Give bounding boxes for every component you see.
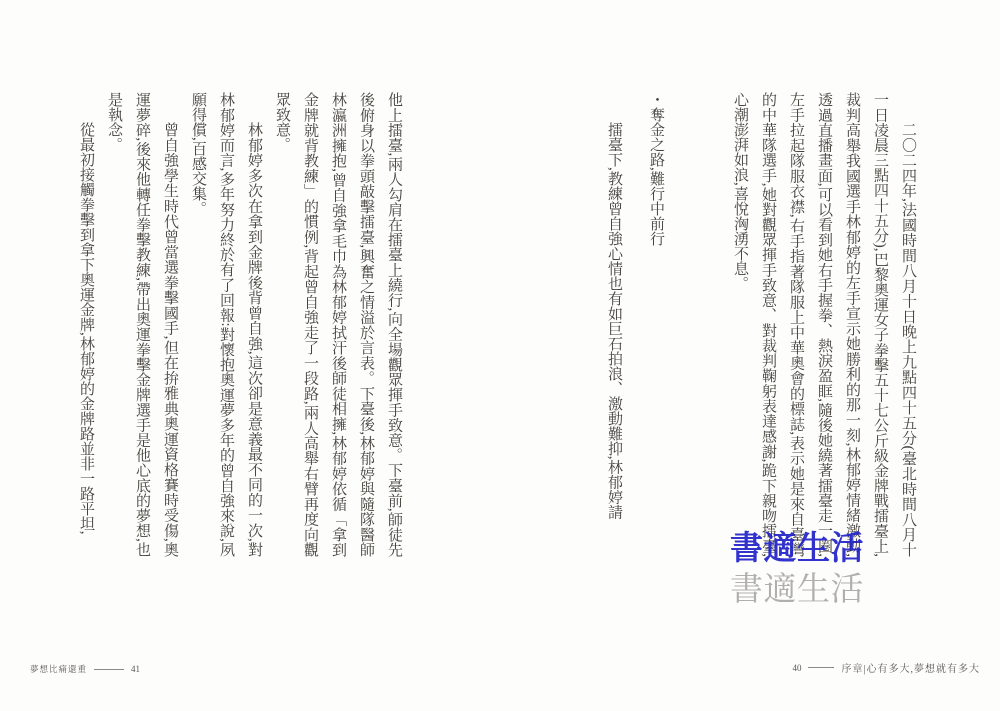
- watermark-gray: 書適生活: [730, 574, 864, 607]
- paragraph: 曾自強學生時代曾當選拳擊國手,但在拚雅典奧運資格賽時受傷,奧運夢碎,後來他轉任拳…: [100, 92, 184, 557]
- right-page: 二〇二四年,法國時間八月十日晚上九點四十五分(臺北時間八月十一日凌晨三點四十五分…: [500, 0, 1000, 711]
- page-number: 41: [131, 664, 140, 674]
- paragraph: 從最初接觸拳擊到拿下奧運金牌,林郁婷的金牌路並非一路平坦,: [72, 92, 100, 557]
- right-page-footer: 40 序章|心有多大,夢想就有多大: [792, 660, 980, 675]
- footer-rule: [808, 667, 834, 668]
- paragraph: 二〇二四年,法國時間八月十日晚上九點四十五分(臺北時間八月十一日凌晨三點四十五分…: [726, 92, 922, 557]
- paragraph: 林郁婷多次在拿到金牌後背曾自強,這次卻是意義最不同的一次,對林郁婷而言,多年努力…: [184, 92, 268, 557]
- left-page-text: 他上擂臺,兩人勾肩在擂臺上繞行,向全場觀眾揮手致意。下臺前,師徒先後俯身以拳頭敲…: [68, 92, 408, 557]
- page-number: 40: [792, 663, 801, 673]
- left-page: 他上擂臺,兩人勾肩在擂臺上繞行,向全場觀眾揮手致意。下臺前,師徒先後俯身以拳頭敲…: [0, 0, 500, 711]
- left-page-footer: 夢想比痛還重 41: [30, 663, 140, 675]
- chapter-title: 序章|心有多大,夢想就有多大: [841, 660, 980, 675]
- section-heading: ・奪金之路,難行中前行: [642, 92, 670, 557]
- right-page-text: 二〇二四年,法國時間八月十日晚上九點四十五分(臺北時間八月十一日凌晨三點四十五分…: [592, 92, 922, 557]
- footer-rule: [94, 669, 124, 670]
- watermark-blue: 書適生活: [730, 533, 864, 566]
- book-spread: 他上擂臺,兩人勾肩在擂臺上繞行,向全場觀眾揮手致意。下臺前,師徒先後俯身以拳頭敲…: [0, 0, 1000, 711]
- paragraph: 擂臺下,教練曾自強心情也有如巨石拍浪、激動難抑,林郁婷請: [600, 92, 628, 557]
- running-title: 夢想比痛還重: [30, 663, 87, 675]
- paragraph: 他上擂臺,兩人勾肩在擂臺上繞行,向全場觀眾揮手致意。下臺前,師徒先後俯身以拳頭敲…: [268, 92, 408, 557]
